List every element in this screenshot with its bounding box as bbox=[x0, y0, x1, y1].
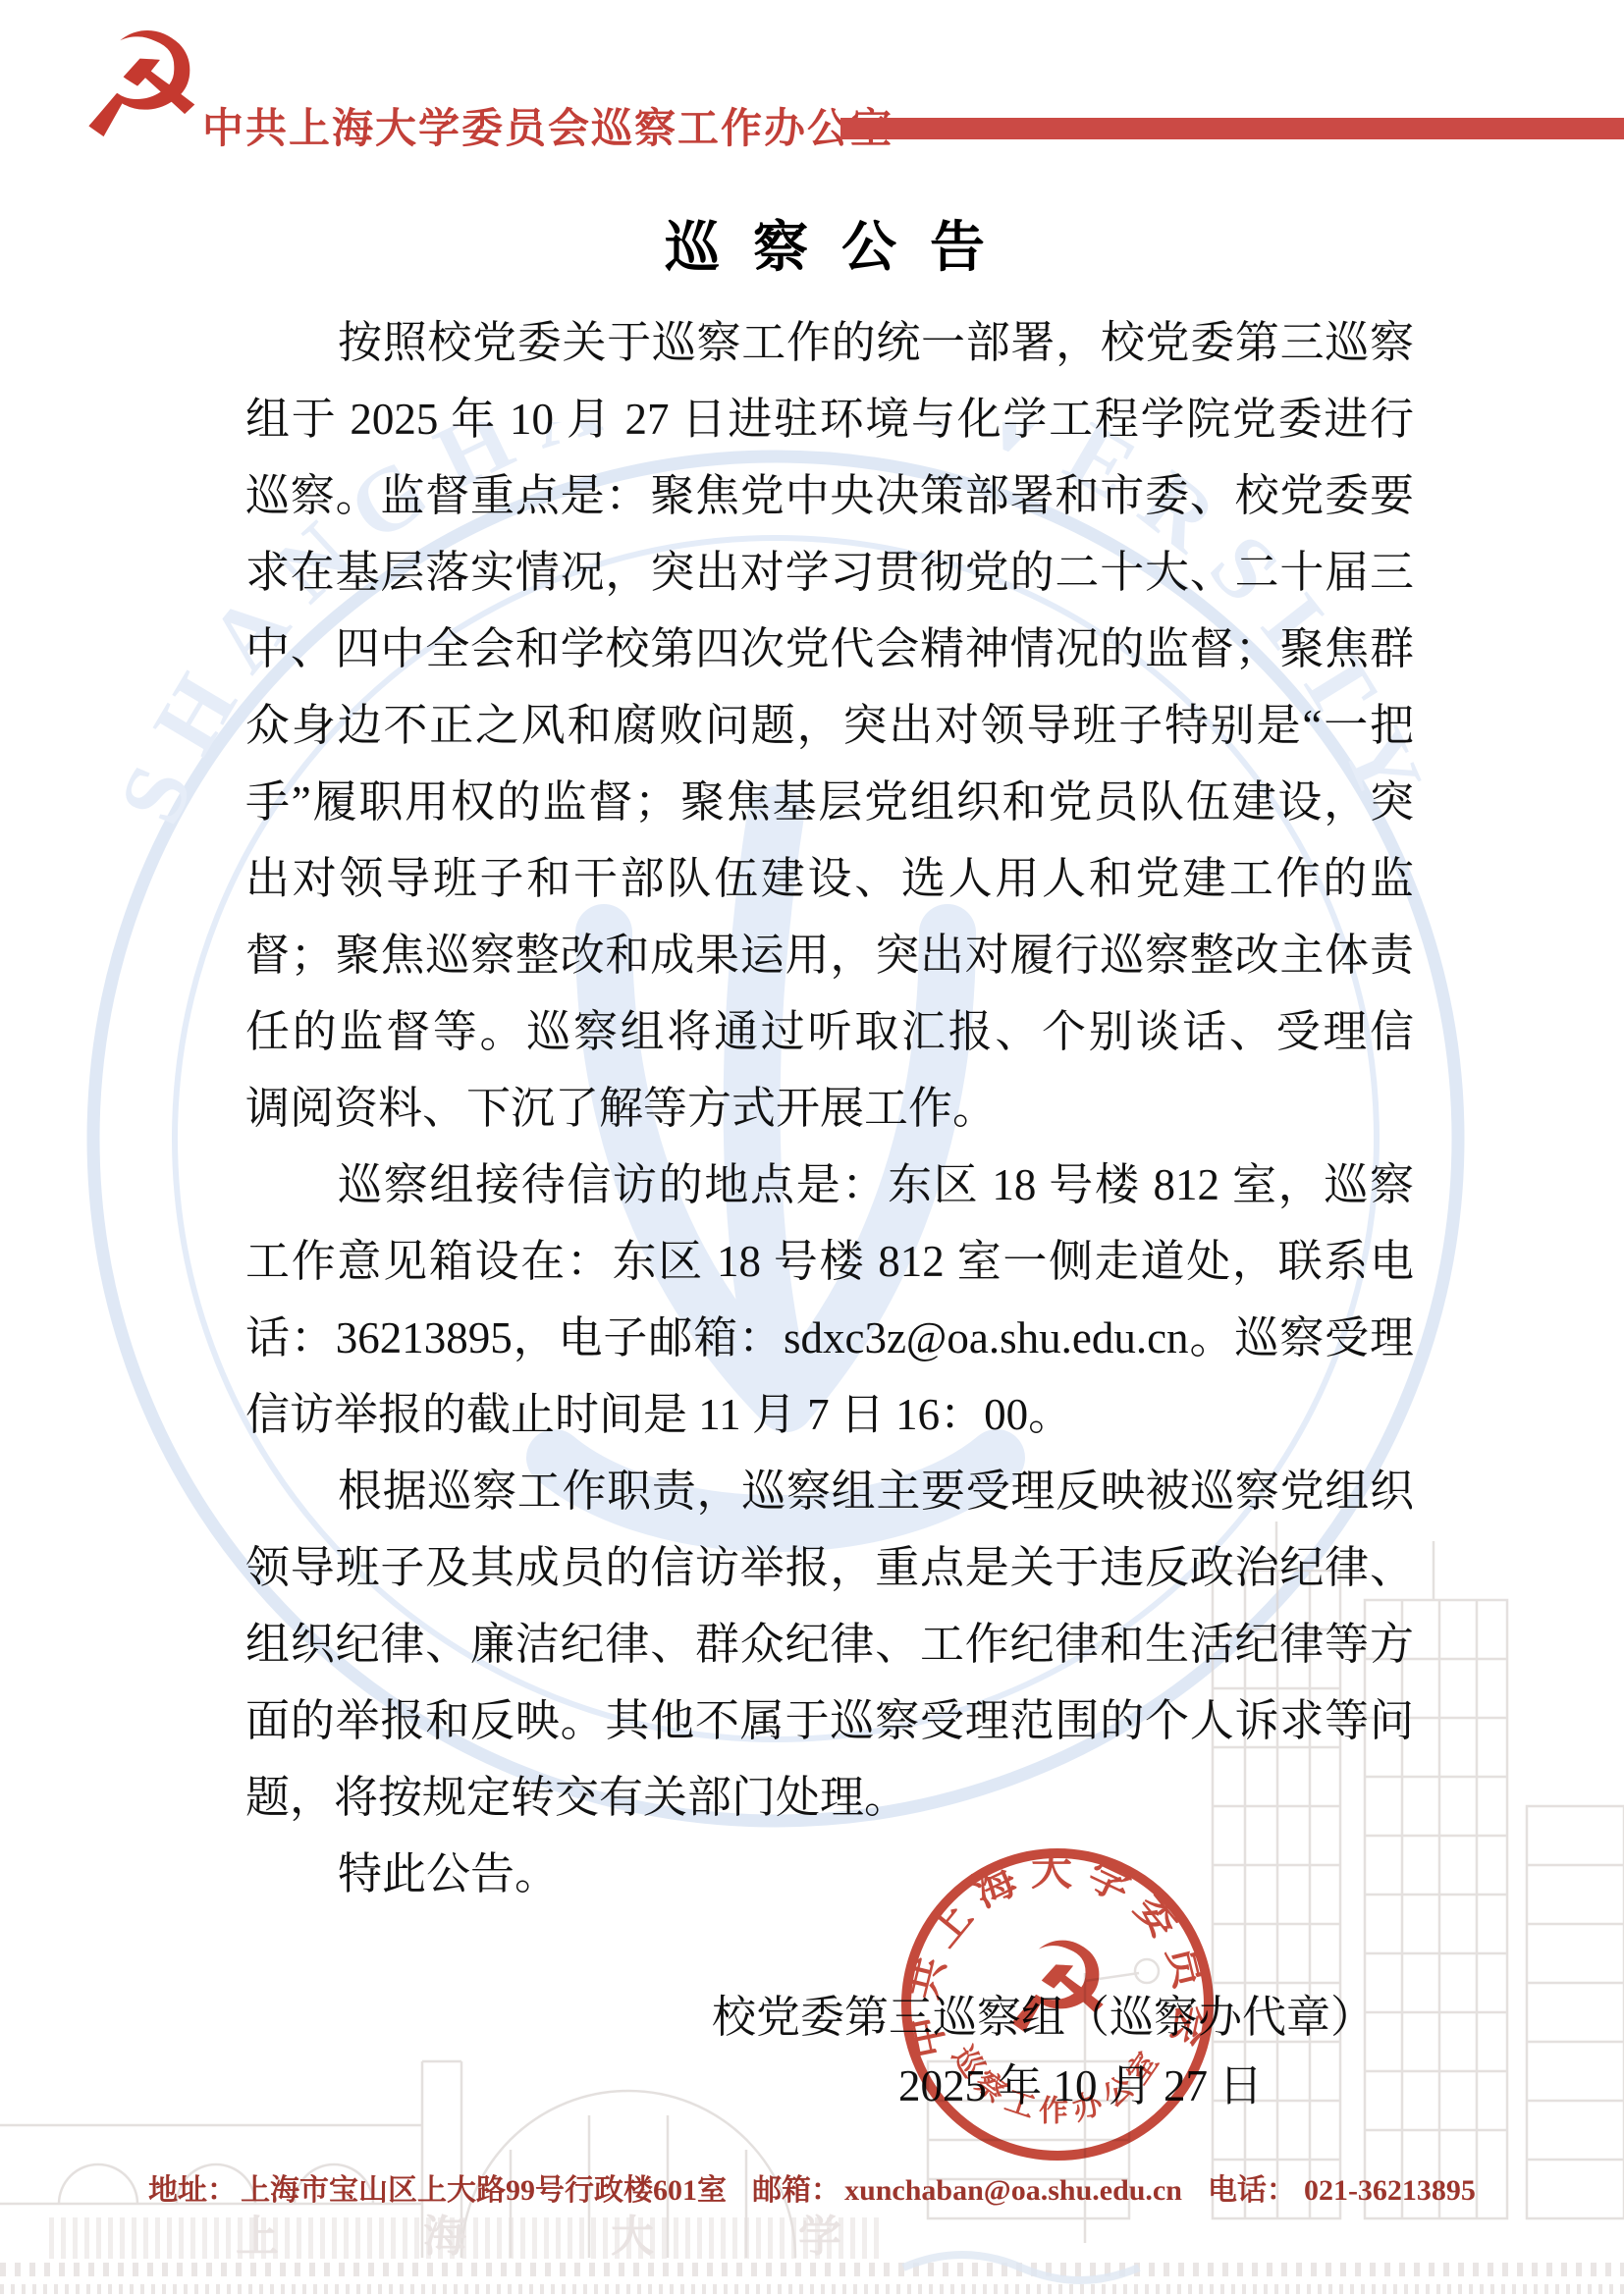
body-line: 组于 2025 年 10 月 27 日进驻环境与化学工程学院党委进行 bbox=[245, 381, 1414, 457]
party-emblem-icon: ☭ bbox=[77, 14, 207, 159]
body-line: 特此公告。 bbox=[245, 1836, 1414, 1912]
seal-hammer-sickle-icon: ☭ bbox=[1001, 1916, 1114, 2062]
footer-phone: 021-36213895 bbox=[1304, 2174, 1476, 2207]
body-line: 组织纪律、廉洁纪律、群众纪律、工作纪律和生活纪律等方 bbox=[245, 1606, 1414, 1682]
body-line: 工作意见箱设在：东区 18 号楼 812 室一侧走道处，联系电 bbox=[245, 1223, 1414, 1300]
footer-contact: 地址：上海市宝山区上大路99号行政楼601室邮箱：xunchaban@oa.sh… bbox=[0, 2165, 1624, 2209]
body-line: 任的监督等。巡察组将通过听取汇报、个别谈话、受理信访、 bbox=[245, 993, 1414, 1070]
body-line: 求在基层落实情况，突出对学习贯彻党的二十大、二十届三 bbox=[245, 534, 1414, 611]
body-line: 面的举报和反映。其他不属于巡察受理范围的个人诉求等问 bbox=[245, 1682, 1414, 1759]
announcement-body: 按照校党委关于巡察工作的统一部署，校党委第三巡察 组于 2025 年 10 月 … bbox=[245, 304, 1414, 1912]
university-name-watermark: 上 海 大 学 bbox=[236, 2201, 908, 2264]
document-title: 巡 察 公 告 bbox=[245, 204, 1414, 283]
body-line: 话：36213895，电子邮箱：sdxc3z@oa.shu.edu.cn。巡察受… bbox=[245, 1300, 1414, 1376]
body-line: 中、四中全会和学校第四次党代会精神情况的监督；聚焦群 bbox=[245, 611, 1414, 687]
body-line: 督；聚焦巡察整改和成果运用，突出对履行巡察整改主体责 bbox=[245, 917, 1414, 993]
header-office-name: 中共上海大学委员会巡察工作办公室 bbox=[202, 96, 893, 155]
body-line: 出对领导班子和干部队伍建设、选人用人和党建工作的监 bbox=[245, 840, 1414, 917]
body-line: 根据巡察工作职责，巡察组主要受理反映被巡察党组织 bbox=[245, 1453, 1414, 1529]
body-line: 按照校党委关于巡察工作的统一部署，校党委第三巡察 bbox=[245, 304, 1414, 381]
body-line: 巡察组接待信访的地点是：东区 18 号楼 812 室，巡察 bbox=[245, 1147, 1414, 1223]
footer-address-label: 地址： bbox=[148, 2174, 237, 2207]
announcement-page: SHANGHAI UNIVERSITY bbox=[0, 0, 1624, 2296]
footer-email-label: 邮箱： bbox=[752, 2174, 840, 2207]
body-line: 巡察。监督重点是：聚焦党中央决策部署和市委、校党委要 bbox=[245, 457, 1414, 534]
official-seal: 中共上海大学委员会 ☭ 巡察工作办公室 bbox=[881, 1828, 1234, 2181]
body-line: 信访举报的截止时间是 11 月 7 日 16：00。 bbox=[245, 1376, 1414, 1453]
body-line: 众身边不正之风和腐败问题，突出对领导班子特别是“一把 bbox=[245, 687, 1414, 764]
body-line: 题，将按规定转交有关部门处理。 bbox=[245, 1759, 1414, 1836]
body-line: 手”履职用权的监督；聚焦基层党组织和党员队伍建设，突 bbox=[245, 764, 1414, 840]
footer-address: 上海市宝山区上大路99号行政楼601室 bbox=[241, 2174, 727, 2207]
body-line: 领导班子及其成员的信访举报，重点是关于违反政治纪律、 bbox=[245, 1529, 1414, 1606]
header-accent-bar bbox=[840, 118, 1624, 139]
body-line: 调阅资料、下沉了解等方式开展工作。 bbox=[245, 1070, 1414, 1147]
